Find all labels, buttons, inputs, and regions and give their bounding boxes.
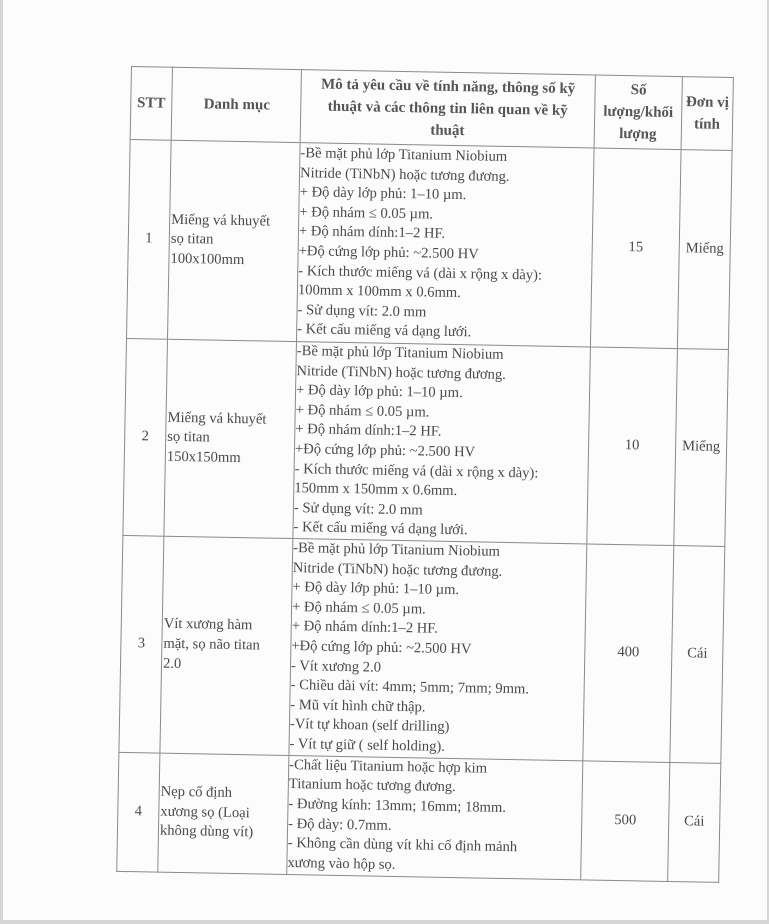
specification-table: STT Danh mục Mô tả yêu cầu về tính năng,… (116, 66, 734, 882)
row-category: Miếng vá khuyếtsọ titan100x100mm (167, 140, 300, 341)
table-row: 1 Miếng vá khuyếtsọ titan100x100mm -Bề m… (127, 139, 733, 349)
header-description: Mô tả yêu cầu về tính năng, thông số kỹ … (300, 70, 595, 148)
header-unit-line: tính (682, 113, 732, 136)
table-body: 1 Miếng vá khuyếtsọ titan100x100mm -Bề m… (117, 139, 732, 881)
row-quantity: 15 (590, 148, 681, 349)
header-category: Danh mục (171, 67, 301, 142)
row-description: -Chất liệu Titanium hoặc hợp kimTitanium… (287, 755, 583, 879)
scanned-page: STT Danh mục Mô tả yêu cầu về tính năng,… (3, 0, 767, 920)
category-line: 100x100mm (170, 250, 297, 272)
row-stt: 3 (119, 535, 164, 752)
table-row: 3 Vít xương hàmmặt, sọ não titan2.0 -Bề … (119, 535, 725, 763)
category-line: mặt, sọ não titan (163, 635, 290, 657)
row-category: Vít xương hàmmặt, sọ não titan2.0 (160, 536, 293, 755)
row-stt: 4 (117, 752, 160, 872)
table-row: 4 Nẹp cố địnhxương sọ (Loạikhông dùng ví… (117, 752, 721, 882)
header-quantity-line: lượng/khối (595, 101, 681, 125)
table-row: 2 Miếng vá khuyếtsọ titan150x150mm -Bề m… (123, 338, 729, 546)
header-quantity-line: Số (595, 79, 681, 103)
row-unit: Cái (670, 546, 725, 763)
row-category: Nẹp cố địnhxương sọ (Loạikhông dùng vít) (158, 753, 289, 874)
row-unit: Miếng (674, 349, 729, 547)
header-unit: Đơn vị tính (681, 77, 733, 151)
category-line: không dùng vít) (160, 822, 287, 844)
header-unit-line: Đơn vị (682, 91, 732, 114)
row-description: -Bề mặt phủ lớp Titanium NiobiumNitride … (289, 539, 587, 761)
row-unit: Cái (668, 762, 721, 882)
row-quantity: 10 (587, 347, 678, 546)
row-description: -Bề mặt phủ lớp Titanium NiobiumNitride … (293, 342, 591, 544)
description-line: xương vào hộp sọ. (287, 854, 580, 879)
category-line: Miếng vá khuyết (167, 408, 294, 430)
header-stt: STT (130, 67, 172, 141)
category-line: Miếng vá khuyết (171, 210, 298, 232)
row-unit: Miếng (677, 150, 732, 350)
category-line: Vít xương hàm (164, 615, 291, 637)
table-header-row: STT Danh mục Mô tả yêu cầu về tính năng,… (130, 67, 733, 151)
header-quantity: Số lượng/khối lượng (594, 75, 682, 150)
row-description: -Bề mặt phủ lớp Titanium NiobiumNitride … (296, 143, 594, 347)
row-quantity: 400 (583, 544, 674, 762)
category-line: xương sọ (Loại (160, 802, 287, 824)
header-quantity-line: lượng (595, 123, 681, 147)
category-line: sọ titan (167, 428, 294, 450)
category-line: 150x150mm (167, 448, 294, 470)
row-quantity: 500 (581, 760, 670, 881)
category-line: Nẹp cố định (161, 783, 288, 805)
row-stt: 1 (127, 139, 172, 339)
document-sheet: STT Danh mục Mô tả yêu cầu về tính năng,… (116, 66, 734, 882)
row-stt: 2 (123, 338, 168, 536)
category-line: sọ titan (171, 230, 298, 252)
category-line: 2.0 (163, 654, 290, 676)
row-category: Miếng vá khuyếtsọ titan150x150mm (164, 339, 297, 538)
